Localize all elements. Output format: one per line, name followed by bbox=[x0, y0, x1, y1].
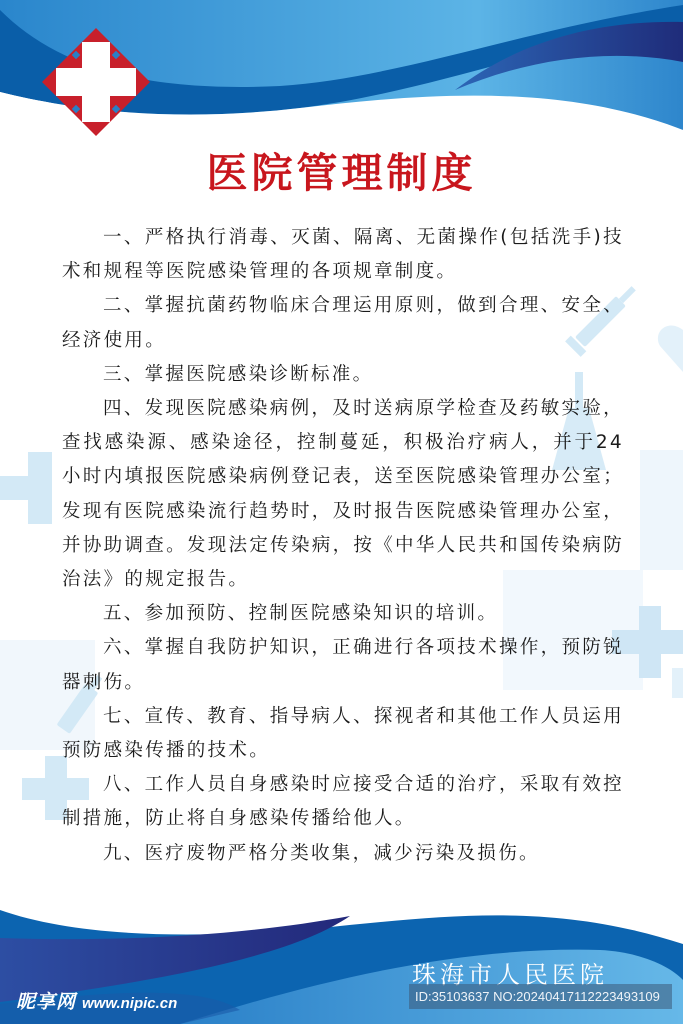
rule-clause-5: 五、参加预防、控制医院感染知识的培训。 bbox=[62, 597, 624, 631]
heart-icon bbox=[658, 325, 683, 372]
watermark-brand: 昵享网www.nipic.cn bbox=[16, 987, 177, 1014]
hospital-rules-poster: 医院管理制度 一、严格执行消毒、灭菌、隔离、无菌操作(包括洗手)技术和规程等医院… bbox=[0, 0, 683, 1024]
red-cross-logo-icon bbox=[40, 26, 152, 138]
rule-clause-7: 七、宣传、教育、指导病人、探视者和其他工作人员运用预防感染传播的技术。 bbox=[62, 700, 624, 768]
rule-clause-8: 八、工作人员自身感染时应接受合适的治疗，采取有效控制措施，防止将自身感染传播给他… bbox=[62, 768, 624, 836]
page-title: 医院管理制度 bbox=[0, 146, 683, 200]
rule-clause-2: 二、掌握抗菌药物临床合理运用原则，做到合理、安全、经济使用。 bbox=[62, 289, 624, 357]
rule-clause-9: 九、医疗废物严格分类收集，减少污染及损伤。 bbox=[62, 837, 624, 871]
watermark-brand-name: 昵享网 bbox=[16, 992, 76, 1013]
rule-clause-6: 六、掌握自我防护知识，正确进行各项技术操作，预防锐器刺伤。 bbox=[62, 631, 624, 699]
watermark-brand-url: www.nipic.cn bbox=[82, 995, 177, 1012]
rule-clause-4: 四、发现医院感染病例，及时送病原学检查及药敏实验，查找感染源、感染途径，控制蔓延… bbox=[62, 392, 624, 597]
watermark-id: ID:35103637 NO:20240417112223493109 bbox=[409, 984, 672, 1009]
rule-clause-3: 三、掌握医院感染诊断标准。 bbox=[62, 358, 624, 392]
rule-clause-1: 一、严格执行消毒、灭菌、隔离、无菌操作(包括洗手)技术和规程等医院感染管理的各项… bbox=[62, 221, 624, 289]
rules-list: 一、严格执行消毒、灭菌、隔离、无菌操作(包括洗手)技术和规程等医院感染管理的各项… bbox=[62, 221, 624, 871]
medical-cross-icon bbox=[0, 452, 52, 524]
